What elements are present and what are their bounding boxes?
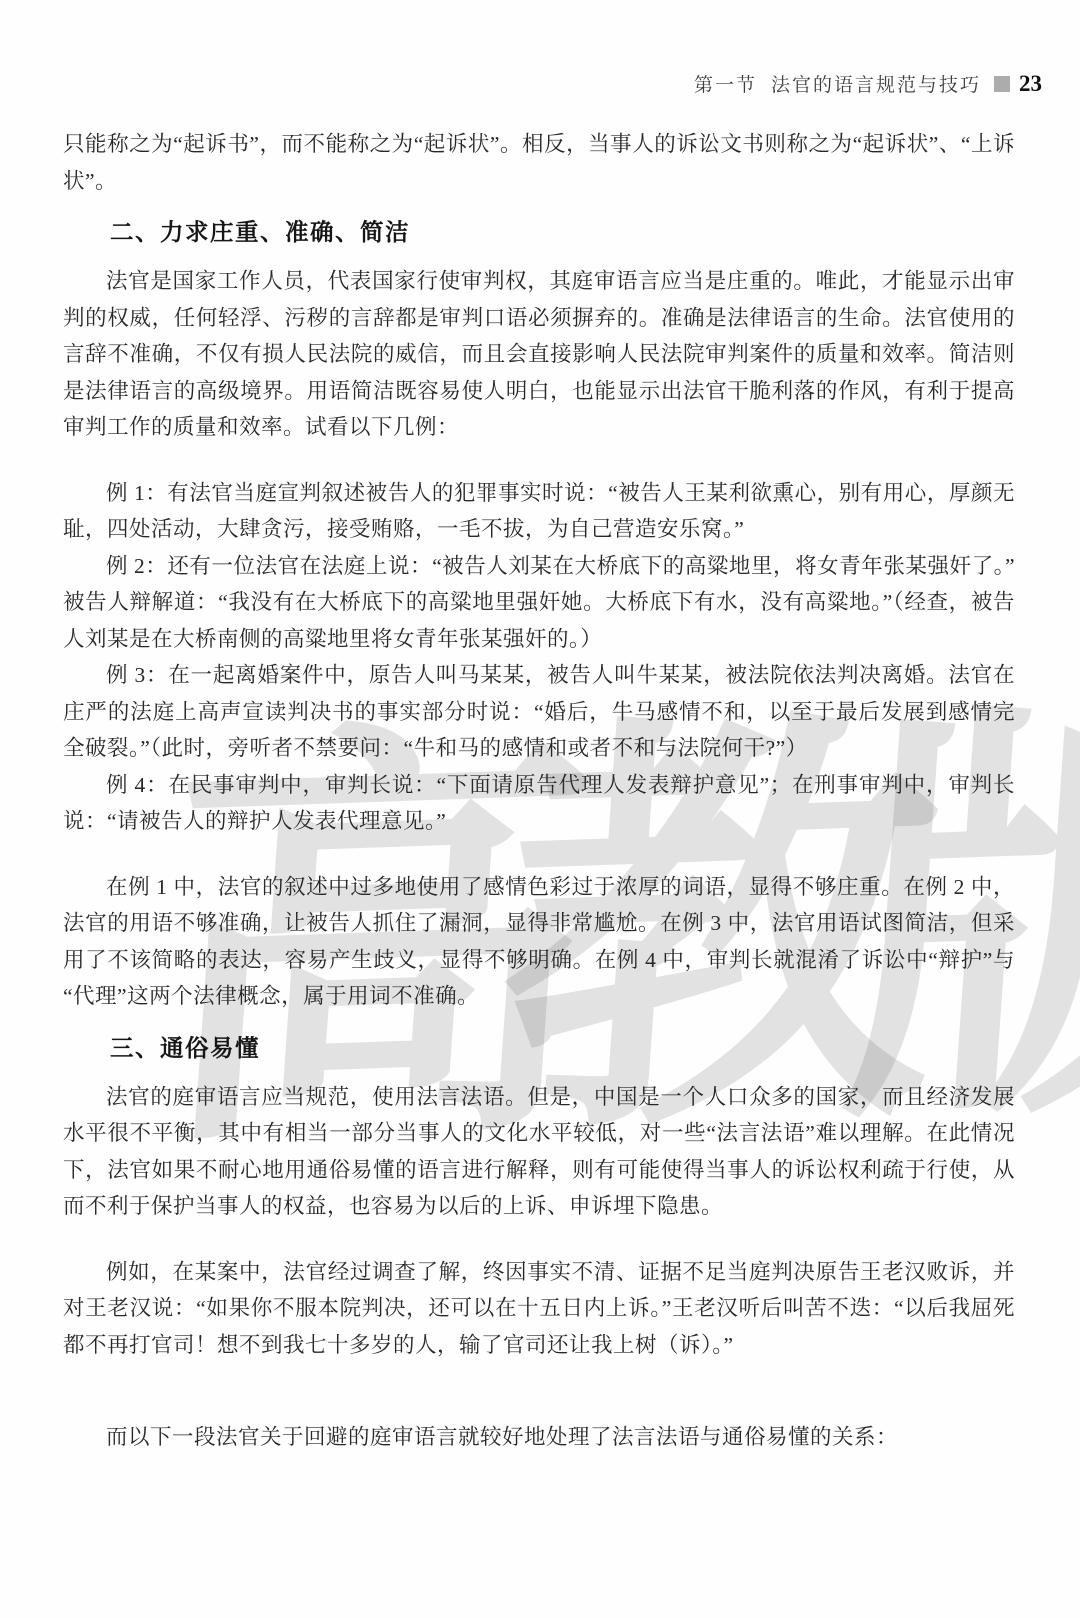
- paragraph-section2-body: 法官是国家工作人员，代表国家行使审判权，其庭审语言应当是庄重的。唯此，才能显示出…: [63, 263, 1015, 446]
- page-number: 23: [1019, 71, 1042, 97]
- paragraph-intro-continuation: 只能称之为“起诉书”，而不能称之为“起诉状”。相反，当事人的诉讼文书则称之为“起…: [63, 126, 1015, 199]
- book-page: 第一节 法官的语言规范与技巧 23 高教版 只能称之为“起诉书”，而不能称之为“…: [0, 0, 1080, 1618]
- header-square-marker: [994, 76, 1010, 92]
- section-heading-easy-to-understand: 三、通俗易懂: [63, 1033, 1015, 1063]
- example-4-paragraph: 例 4：在民事审判中，审判长说：“下面请原告代理人发表辩护意见”；在刑事审判中，…: [63, 767, 1015, 840]
- header-section-label: 第一节: [694, 70, 757, 97]
- example-2-paragraph: 例 2：还有一位法官在法庭上说：“被告人刘某在大桥底下的高粱地里，将女青年张某强…: [63, 548, 1015, 658]
- running-header: 第一节 法官的语言规范与技巧 23: [0, 70, 1042, 97]
- example-3-paragraph: 例 3：在一起离婚案件中，原告人叫马某某，被告人叫牛某某，被法院依法判决离婚。法…: [63, 657, 1015, 767]
- paragraph-examples-analysis: 在例 1 中，法官的叙述中过多地使用了感情色彩过于浓厚的词语，显得不够庄重。在例…: [63, 869, 1015, 1015]
- example-wang-laohan-paragraph: 例如，在某案中，法官经过调查了解，终因事实不清、证据不足当庭判决原告王老汉败诉，…: [63, 1254, 1015, 1364]
- example-1-paragraph: 例 1：有法官当庭宣判叙述被告人的犯罪事实时说：“被告人王某利欲熏心，别有用心，…: [63, 475, 1015, 548]
- closing-line-paragraph: 而以下一段法官关于回避的庭审语言就较好地处理了法言法语与通俗易懂的关系：: [63, 1419, 1015, 1456]
- page-content: 只能称之为“起诉书”，而不能称之为“起诉状”。相反，当事人的诉讼文书则称之为“起…: [63, 126, 1015, 1456]
- paragraph-section3-body: 法官的庭审语言应当规范，使用法言法语。但是，中国是一个人口众多的国家，而且经济发…: [63, 1079, 1015, 1225]
- header-chapter-title: 法官的语言规范与技巧: [771, 70, 981, 97]
- section-heading-solemn-accurate-concise: 二、力求庄重、准确、简洁: [63, 217, 1015, 247]
